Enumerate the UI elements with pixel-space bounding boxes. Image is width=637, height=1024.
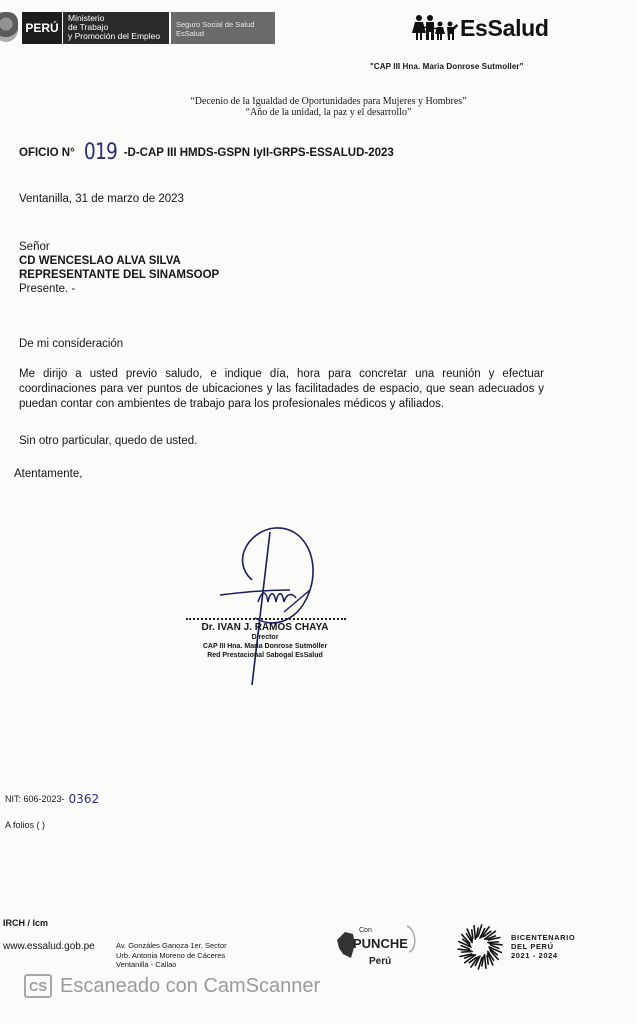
recipient-name: CD WENCESLAO ALVA SILVA: [19, 254, 219, 268]
oficio-number-handwritten: 019: [84, 140, 117, 165]
camscanner-icon-text: CS: [29, 979, 47, 994]
signature-line: [186, 618, 346, 620]
signatory-role: Director: [180, 633, 350, 642]
recipient-block: Señor CD WENCESLAO ALVA SILVA REPRESENTA…: [19, 240, 219, 296]
bicentenario-text: BICENTENARIO DEL PERÚ 2021 - 2024: [511, 933, 575, 960]
seguro-line: EsSalud: [176, 29, 275, 38]
bicentenario-line: DEL PERÚ: [511, 942, 575, 951]
address-line: Urb. Antonia Moreno de Cáceres: [116, 951, 227, 961]
seguro-line: Seguro Social de Salud: [176, 20, 275, 29]
bicentenario-emblem-icon: [456, 923, 504, 971]
essalud-brand: EsSalud: [460, 16, 549, 40]
oficio-prefix: OFICIO N°: [19, 147, 75, 159]
oficio-suffix: -D-CAP III HMDS-GSPN IyII-GRPS-ESSALUD-2…: [124, 147, 394, 159]
oficio-reference: OFICIO N° 019 -D-CAP III HMDS-GSPN IyII-…: [19, 140, 394, 165]
official-slogans: “Decenio de la Igualdad de Oportunidades…: [0, 96, 637, 118]
recipient-salutation: Señor: [19, 240, 219, 254]
cap-name-header: "CAP III Hna. Maria Donrose Sutmoller": [370, 62, 524, 71]
signatory-institution: CAP III Hna. Maria Donrose Sutmöller: [180, 642, 350, 651]
coat-of-arms-icon: [0, 12, 18, 42]
recipient-title: REPRESENTANTE DEL SINAMSOOP: [19, 268, 219, 282]
peru-label: PERÚ: [25, 21, 58, 35]
ministry-line: y Promoción del Empleo: [68, 32, 169, 41]
svg-text:PUNCHE: PUNCHE: [353, 936, 408, 951]
nit-number-handwritten: 0362: [69, 792, 100, 806]
address-block: Av. Gonzáles Ganoza 1er. Sector Urb. Ant…: [116, 941, 227, 970]
camscanner-text: Escaneado con CamScanner: [60, 975, 320, 998]
letter-body: Me dirijo a usted previo saludo, e indiq…: [19, 367, 544, 412]
folios-count: A folios ( ): [5, 820, 45, 830]
svg-text:Perú: Perú: [369, 956, 391, 967]
nit-label: NIT: 606-2023-: [5, 794, 65, 804]
closing-line: Sin otro particular, quedo de usted.: [19, 434, 197, 449]
decenio-slogan: “Decenio de la Igualdad de Oportunidades…: [0, 96, 637, 107]
address-line: Av. Gonzáles Ganoza 1er. Sector: [116, 941, 227, 951]
greeting: De mi consideración: [19, 337, 123, 352]
camscanner-watermark: CS Escaneado con CamScanner: [24, 974, 320, 998]
camscanner-icon: CS: [24, 974, 52, 998]
bicentenario-line: 2021 - 2024: [511, 951, 575, 960]
seguro-social-logo: Seguro Social de Salud EsSalud: [171, 12, 275, 44]
signatory-block: Dr. IVAN J. RAMOS CHAYA Director CAP III…: [180, 622, 350, 660]
sign-off: Atentamente,: [14, 467, 82, 482]
svg-text:Con: Con: [359, 927, 372, 934]
website-text: www.essalud.gob.pe: [3, 941, 95, 952]
ministry-logo: Ministerio de Trabajo y Promoción del Em…: [63, 12, 169, 44]
letter-date: Ventanilla, 31 de marzo de 2023: [19, 192, 184, 207]
con-punche-peru-logo: Con PUNCHE Perú: [333, 920, 419, 972]
recipient-presente: Presente. -: [19, 282, 219, 296]
essalud-logo: EsSalud: [410, 14, 549, 40]
address-line: Ventanilla - Callao: [116, 960, 227, 970]
typist-initials: IRCH / lcm: [3, 918, 48, 928]
nit-reference: NIT: 606-2023- 0362: [5, 792, 99, 806]
signatory-name: Dr. IVAN J. RAMOS CHAYA: [180, 622, 350, 633]
family-icon: [410, 14, 458, 40]
peru-logo: PERÚ: [22, 12, 62, 44]
bicentenario-line: BICENTENARIO: [511, 933, 575, 942]
signatory-network: Red Prestacional Sabogal EsSalud: [180, 651, 350, 660]
year-slogan: “Año de la unidad, la paz y el desarroll…: [0, 107, 637, 118]
handwritten-signature: [180, 520, 360, 690]
